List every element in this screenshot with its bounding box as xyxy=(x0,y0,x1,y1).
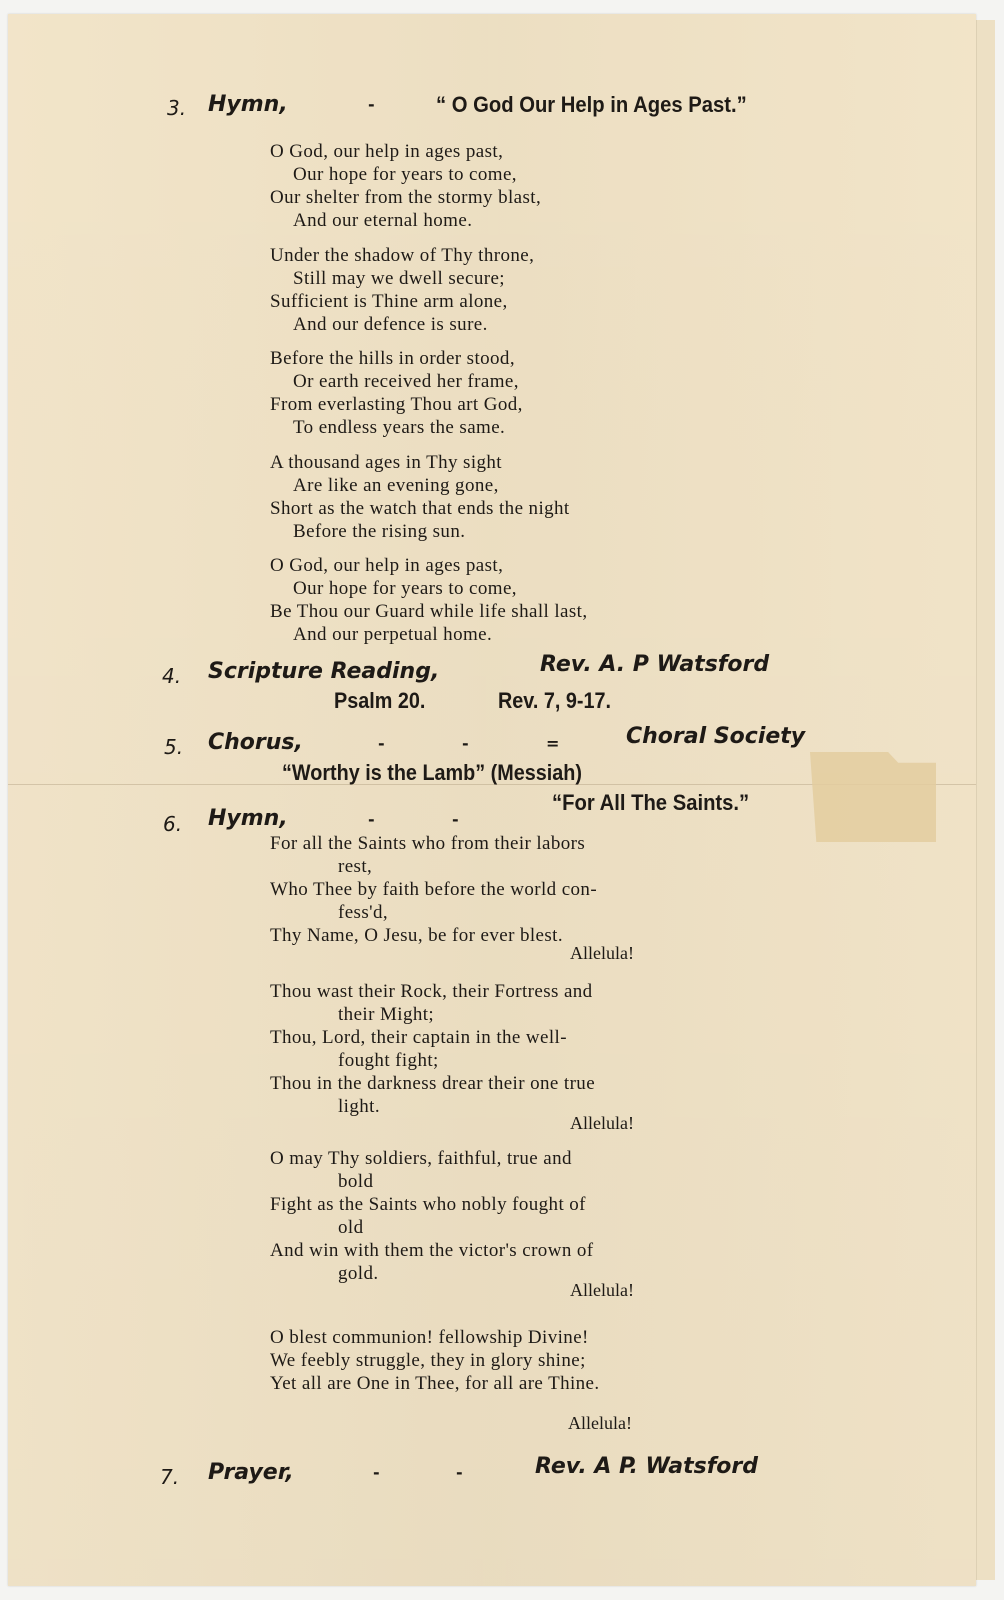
verse-line: Our hope for years to come, xyxy=(270,577,587,600)
verse-4: A thousand ages in Thy sight Are like an… xyxy=(270,451,570,543)
verse-3: O may Thy soldiers, faithful, true and b… xyxy=(270,1147,594,1285)
verse-line: Fight as the Saints who nobly fought of xyxy=(270,1193,594,1216)
verse-line: Who Thee by faith before the world con- xyxy=(270,878,597,901)
verse-1: O God, our help in ages past, Our hope f… xyxy=(270,140,541,232)
verse-line: old xyxy=(270,1216,594,1239)
verse-line: Our hope for years to come, xyxy=(270,163,541,186)
item-type: Scripture Reading, xyxy=(208,659,439,684)
verse-line: Under the shadow of Thy throne, xyxy=(270,244,534,267)
verse-line: Thy Name, O Jesu, be for ever blest. xyxy=(270,924,597,947)
verse-line: Are like an evening gone, xyxy=(270,474,570,497)
verse-line: Thou wast their Rock, their Fortress and xyxy=(270,980,595,1003)
verse-line: Still may we dwell secure; xyxy=(270,267,534,290)
hymn-title: “ O God Our Help in Ages Past.” xyxy=(436,92,747,118)
separator: - xyxy=(368,810,375,829)
verse-line: Our shelter from the stormy blast, xyxy=(270,186,541,209)
verse-line: Yet all are One in Thee, for all are Thi… xyxy=(270,1372,600,1395)
verse-line: And win with them the victor's crown of xyxy=(270,1239,594,1262)
refrain: Allelula! xyxy=(570,1280,634,1301)
leader-name: Rev. A. P Watsford xyxy=(540,652,769,677)
verse-line: And our eternal home. xyxy=(270,209,541,232)
verse-line: gold. xyxy=(270,1262,594,1285)
verse-5: O God, our help in ages past, Our hope f… xyxy=(270,554,587,646)
item-number: 4. xyxy=(162,664,181,688)
separator: - xyxy=(452,810,459,829)
verse-line: O may Thy soldiers, faithful, true and xyxy=(270,1147,594,1170)
verse-line: O God, our help in ages past, xyxy=(270,554,587,577)
separator: = xyxy=(546,734,559,753)
verse-line: And our perpetual home. xyxy=(270,623,587,646)
verse-line: Before the hills in order stood, xyxy=(270,347,523,370)
item-number: 6. xyxy=(163,812,182,836)
verse-1: For all the Saints who from their labors… xyxy=(270,832,597,947)
verse-line: To endless years the same. xyxy=(270,416,523,439)
tape-patch xyxy=(810,752,936,842)
refrain: Allelula! xyxy=(570,1113,634,1134)
verse-line: A thousand ages in Thy sight xyxy=(270,451,570,474)
verse-line: fought fight; xyxy=(270,1049,595,1072)
reading-revelation: Rev. 7, 9-17. xyxy=(498,688,611,714)
page-edge xyxy=(976,20,995,1580)
refrain: Allelula! xyxy=(568,1413,632,1434)
verse-line: bold xyxy=(270,1170,594,1193)
verse-line: Before the rising sun. xyxy=(270,520,570,543)
separator: - xyxy=(368,95,375,114)
separator: - xyxy=(462,734,469,753)
separator: - xyxy=(378,734,385,753)
item-type: Hymn, xyxy=(208,806,288,831)
separator: - xyxy=(456,1463,463,1482)
item-type: Hymn, xyxy=(208,92,288,117)
verse-line: We feebly struggle, they in glory shine; xyxy=(270,1349,600,1372)
verse-line: O blest communion! fellowship Divine! xyxy=(270,1326,600,1349)
chorus-piece: “Worthy is the Lamb” (Messiah) xyxy=(282,760,582,786)
verse-4: O blest communion! fellowship Divine! We… xyxy=(270,1326,600,1395)
verse-line: And our defence is sure. xyxy=(270,313,534,336)
verse-line: From everlasting Thou art God, xyxy=(270,393,523,416)
verse-2: Thou wast their Rock, their Fortress and… xyxy=(270,980,595,1118)
verse-line: For all the Saints who from their labors xyxy=(270,832,597,855)
reading-psalm: Psalm 20. xyxy=(334,688,425,714)
verse-line: Or earth received her frame, xyxy=(270,370,523,393)
verse-line: light. xyxy=(270,1095,595,1118)
verse-line: Thou in the darkness drear their one tru… xyxy=(270,1072,595,1095)
verse-3: Before the hills in order stood, Or eart… xyxy=(270,347,523,439)
verse-line: O God, our help in ages past, xyxy=(270,140,541,163)
verse-line: their Might; xyxy=(270,1003,595,1026)
item-type: Prayer, xyxy=(208,1460,294,1485)
verse-line: Sufficient is Thine arm alone, xyxy=(270,290,534,313)
performer: Choral Society xyxy=(626,724,805,749)
verse-line: rest, xyxy=(270,855,597,878)
item-type: Chorus, xyxy=(208,730,303,755)
verse-line: fess'd, xyxy=(270,901,597,924)
item-number: 5. xyxy=(164,735,183,759)
item-number: 3. xyxy=(167,96,186,120)
verse-line: Be Thou our Guard while life shall last, xyxy=(270,600,587,623)
verse-2: Under the shadow of Thy throne, Still ma… xyxy=(270,244,534,336)
hymn-title: “For All The Saints.” xyxy=(552,790,749,816)
verse-line: Short as the watch that ends the night xyxy=(270,497,570,520)
leader-name: Rev. A P. Watsford xyxy=(535,1454,758,1479)
separator: - xyxy=(373,1463,380,1482)
verse-line: Thou, Lord, their captain in the well- xyxy=(270,1026,595,1049)
item-number: 7. xyxy=(160,1465,179,1489)
refrain: Allelula! xyxy=(570,943,634,964)
